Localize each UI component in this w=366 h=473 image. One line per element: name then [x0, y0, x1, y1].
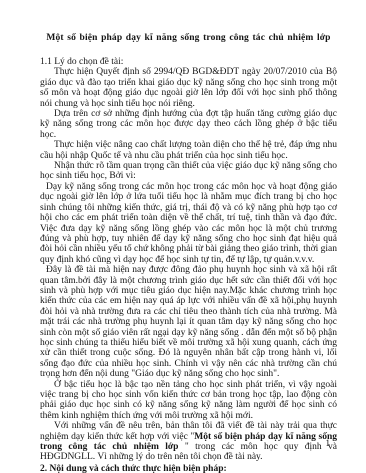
- section-1-heading: 1.1 Lý do chọn đề tài:: [40, 57, 337, 67]
- paragraph-7: Ở bậc tiểu học là bậc tạo nền tảng cho h…: [40, 380, 337, 422]
- text-block: Một số biện pháp dạy kĩ năng sống trong …: [40, 33, 337, 473]
- paragraph-4: Nhận thức rõ tầm quan trọng cần thiết củ…: [40, 161, 337, 182]
- paragraph-2: Dựa trên cơ sở những định hướng của đợt …: [40, 109, 337, 140]
- paragraph-closing: Với những vấn đề nêu trên, bản thân tôi …: [40, 421, 337, 463]
- page-number: 1: [326, 438, 331, 448]
- section-2-heading: 2. Nội dung và cách thức thực hiện biện …: [40, 464, 337, 473]
- paragraph-6: Đây là đề tài mà hiện nay được đông đảo …: [40, 265, 337, 379]
- document-page: Một số biện pháp dạy kĩ năng sống trong …: [0, 0, 366, 473]
- paragraph-5: Dạy kỹ năng sống trong các môn học trong…: [40, 182, 337, 265]
- document-title: Một số biện pháp dạy kĩ năng sống trong …: [40, 33, 337, 44]
- paragraph-3: Thực hiện việc nâng cao chất lượng toàn …: [40, 140, 337, 161]
- paragraph-1: Thực hiện Quyết định số 2994/QĐ BGD&ĐDT …: [40, 67, 337, 109]
